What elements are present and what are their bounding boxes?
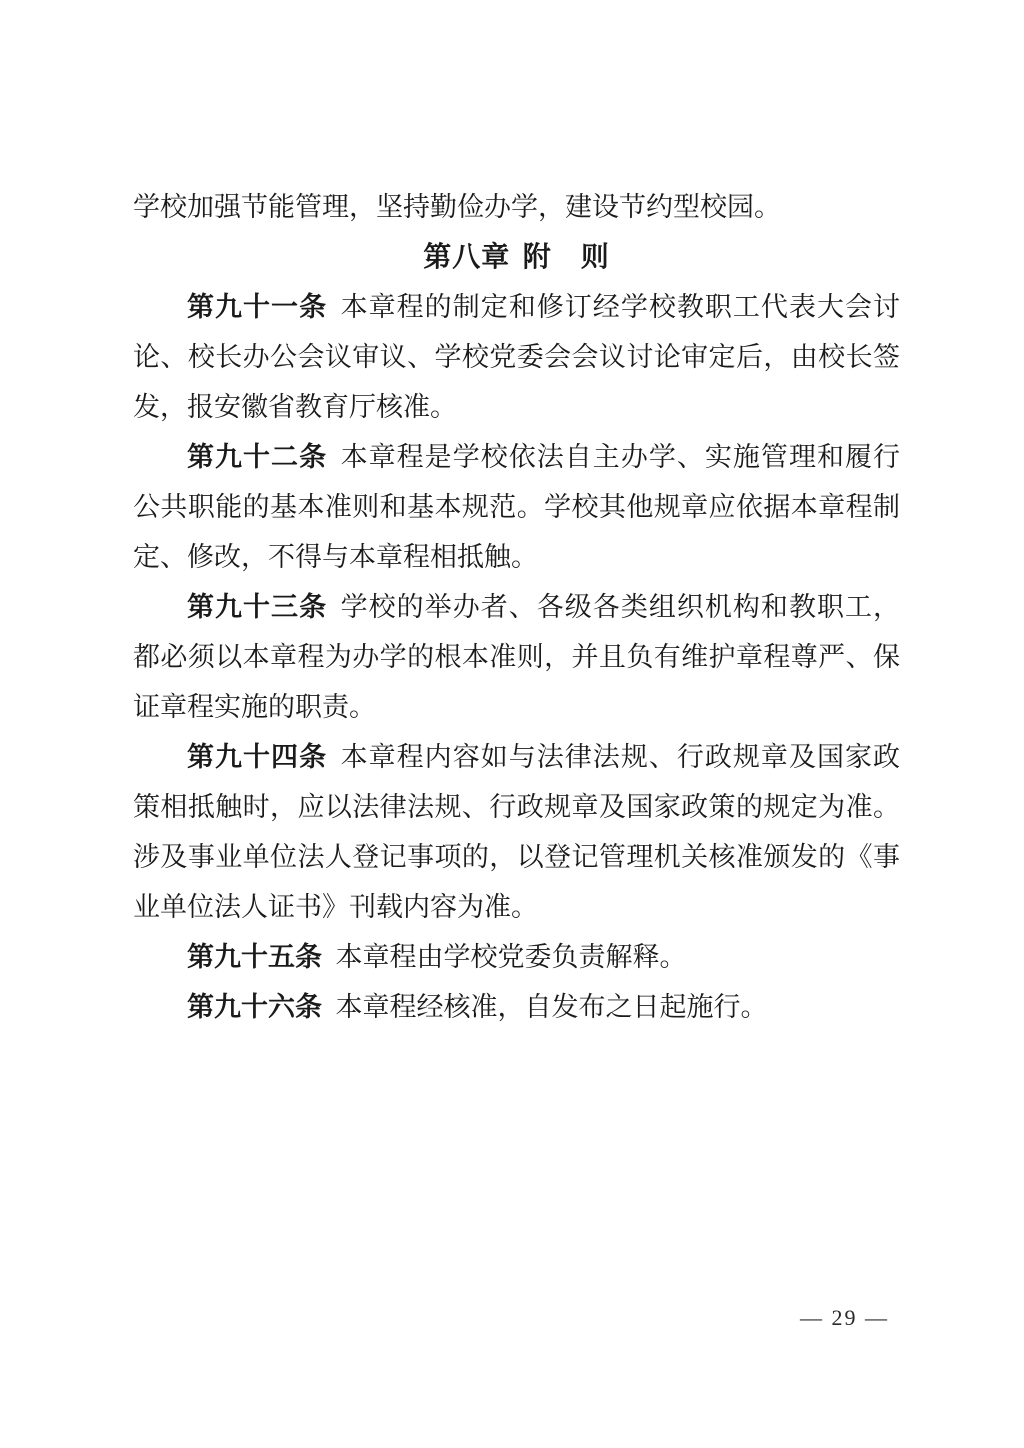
- paragraph-continuation-text: 学校加强节能管理，坚持勤俭办学，建设节约型校园。: [133, 192, 781, 222]
- article-94-number: 第九十四条: [187, 742, 327, 772]
- document-page: 学校加强节能管理，坚持勤俭办学，建设节约型校园。 第八章附 则 第九十一条本章程…: [0, 0, 1024, 1448]
- article-93: 第九十三条学校的举办者、各级各类组织机构和教职工，都必须以本章程为办学的根本准则…: [133, 582, 900, 732]
- article-96: 第九十六条本章程经核准，自发布之日起施行。: [133, 982, 900, 1032]
- article-92-number: 第九十二条: [187, 442, 327, 472]
- article-93-number: 第九十三条: [187, 592, 327, 622]
- article-94: 第九十四条本章程内容如与法律法规、行政规章及国家政策相抵触时，应以法律法规、行政…: [133, 732, 900, 932]
- article-92: 第九十二条本章程是学校依法自主办学、实施管理和履行公共职能的基本准则和基本规范。…: [133, 432, 900, 582]
- page-number: — 29 —: [800, 1303, 889, 1333]
- article-95: 第九十五条本章程由学校党委负责解释。: [133, 932, 900, 982]
- chapter-title: 附 则: [523, 241, 610, 272]
- article-95-number: 第九十五条: [187, 942, 322, 972]
- chapter-label: 第八章: [423, 241, 510, 272]
- article-95-text: 本章程由学校党委负责解释。: [336, 942, 687, 972]
- paragraph-continuation: 学校加强节能管理，坚持勤俭办学，建设节约型校园。: [133, 182, 900, 232]
- article-91-number: 第九十一条: [187, 292, 327, 322]
- article-91: 第九十一条本章程的制定和修订经学校教职工代表大会讨论、校长办公会议审议、学校党委…: [133, 282, 900, 432]
- page-content: 学校加强节能管理，坚持勤俭办学，建设节约型校园。 第八章附 则 第九十一条本章程…: [133, 182, 900, 1032]
- chapter-heading: 第八章附 则: [133, 232, 900, 282]
- article-96-text: 本章程经核准，自发布之日起施行。: [336, 992, 768, 1022]
- article-96-number: 第九十六条: [187, 992, 322, 1022]
